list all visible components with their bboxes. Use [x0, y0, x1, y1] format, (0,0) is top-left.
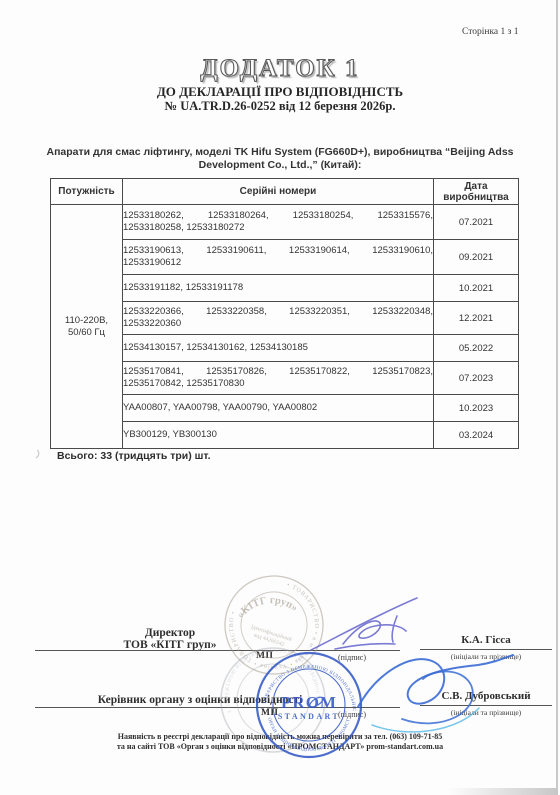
col-header-date: Дата виробництва [434, 179, 519, 205]
col-header-power: Потужність [51, 179, 123, 205]
product-description-line1: Апарати для смас ліфтингу, моделі TK Hif… [40, 146, 520, 159]
power-cell: 110-220В,50/60 Гц [51, 205, 123, 449]
date-cell: 12.2021 [434, 302, 519, 335]
document-page: Сторінка 1 з 1 ДОДАТОК 1 ДО ДЕКЛАРАЦІЇ П… [0, 0, 560, 795]
serials-cell: 12533191182, 12533191178 [123, 275, 434, 302]
serial-numbers-table: Потужність Серійні номери Дата виробницт… [50, 178, 519, 449]
assessor-signature [350, 645, 520, 735]
scan-edge-line [556, 0, 558, 795]
serials-cell: 12533220366,12533220358,12533220351,1253… [123, 302, 434, 335]
col-header-date-line2: виробництва [434, 192, 518, 203]
prom-logo-top: PROM [281, 693, 337, 712]
appendix-title: ДОДАТОК 1 [0, 55, 560, 83]
svg-text:«КІТГ груп»: «КІТГ груп» [234, 584, 301, 635]
date-cell: 07.2023 [434, 362, 519, 395]
serials-cell: 12533180262,12533180264,12533180254,1253… [123, 205, 434, 240]
date-cell: 05.2022 [434, 335, 519, 362]
serials-cell: 12535170841,12535170826,12535170822,1253… [123, 362, 434, 395]
product-description-line2: Development Co., Ltd.,” (Китай): [40, 159, 520, 172]
pencil-mark [34, 448, 44, 460]
serials-cell: 12534130157, 12534130162, 12534130185 [123, 335, 434, 362]
product-description: Апарати для смас ліфтингу, моделі TK Hif… [40, 146, 520, 172]
prom-logo-bottom: STANDART [278, 712, 340, 721]
page-number: Сторінка 1 з 1 [462, 27, 519, 37]
table-row: 110-220В,50/60 Гц12533180262,12533180264… [51, 205, 519, 240]
scan-corner-shade [448, 788, 558, 795]
serials-cell: YB300129, YB300130 [123, 422, 434, 449]
date-cell: 10.2023 [434, 395, 519, 422]
date-cell: 10.2021 [434, 275, 519, 302]
declaration-subtitle: ДО ДЕКЛАРАЦІЇ ПРО ВІДПОВІДНІСТЬ [0, 84, 560, 100]
declaration-number: № UA.TR.D.26-0252 від 12 березня 2026р. [0, 99, 560, 114]
date-cell: 03.2024 [434, 422, 519, 449]
date-cell: 09.2021 [434, 240, 519, 275]
col-header-serials: Серійні номери [123, 179, 434, 205]
serial-table-body: 110-220В,50/60 Гц12533180262,12533180264… [51, 205, 519, 449]
serials-cell: YAA00807, YAA00798, YAA00790, YAA00802 [123, 395, 434, 422]
table-header-row: Потужність Серійні номери Дата виробницт… [51, 179, 519, 205]
total-count: Всього: 33 (тридцять три) шт. [57, 450, 211, 462]
promstandart-stamp: ТОВАРИСТВО З ОБМЕЖЕНОЮ ВІДПОВІДАЛЬНІСТЮ … [254, 650, 364, 760]
kitg-stamp-title: «КІТГ груп» [234, 584, 301, 635]
col-header-date-line1: Дата [434, 181, 518, 192]
serials-cell: 12533190613,12533190611,12533190614,1253… [123, 240, 434, 275]
date-cell: 07.2021 [434, 205, 519, 240]
